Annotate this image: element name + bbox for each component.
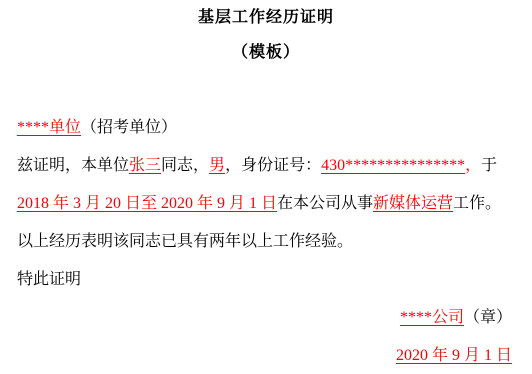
text-segment: 430*************** [321,157,465,174]
text-segment: 以上经历表明该同志已具有两年以上工作经验。 [17,233,353,250]
text-segment: ， [465,157,481,174]
text-segment: 特此证明 [17,271,81,288]
company-seal-line: ****公司（章） [0,299,532,337]
text-segment: 兹证明，本单位 [17,157,129,174]
text-segment: （招考单位） [81,119,177,136]
document-body: ****单位（招考单位） 兹证明，本单位张三同志，男，身份证号：430*****… [0,109,532,374]
hereby-certify-line: 特此证明 [0,261,532,299]
text-segment: （章） [464,309,512,326]
text-segment: 2020 年 9 月 1 日 [396,347,512,364]
text-segment: 新媒体运营 [373,195,453,212]
text-segment: 工作。 [453,195,501,212]
text-segment: ****公司 [400,309,464,326]
signature-date-line: 2020 年 9 月 1 日 [0,337,532,374]
text-segment: ，身份证号： [225,157,321,174]
text-segment: ****单位 [17,119,81,136]
work-period-line: 2018 年 3 月 20 日至 2020 年 9 月 1 日在本公司从事新媒体… [0,185,532,223]
text-segment: 于 [481,157,497,174]
experience-summary-line: 以上经历表明该同志已具有两年以上工作经验。 [0,223,532,261]
text-segment: 在本公司从事 [277,195,373,212]
document-subtitle: （模板） [0,40,532,66]
certify-line: 兹证明，本单位张三同志，男，身份证号：430***************，于 [0,147,532,185]
document-title: 基层工作经历证明 [0,0,532,31]
text-segment: 同志， [161,157,209,174]
certificate-document: 基层工作经历证明 （模板） ****单位（招考单位） 兹证明，本单位张三同志，男… [0,0,532,374]
text-segment: 男 [209,157,225,174]
recruiting-unit-line: ****单位（招考单位） [0,109,532,147]
text-segment: 张三 [129,157,161,174]
text-segment: 2018 年 3 月 20 日至 2020 年 9 月 1 日 [17,195,277,212]
